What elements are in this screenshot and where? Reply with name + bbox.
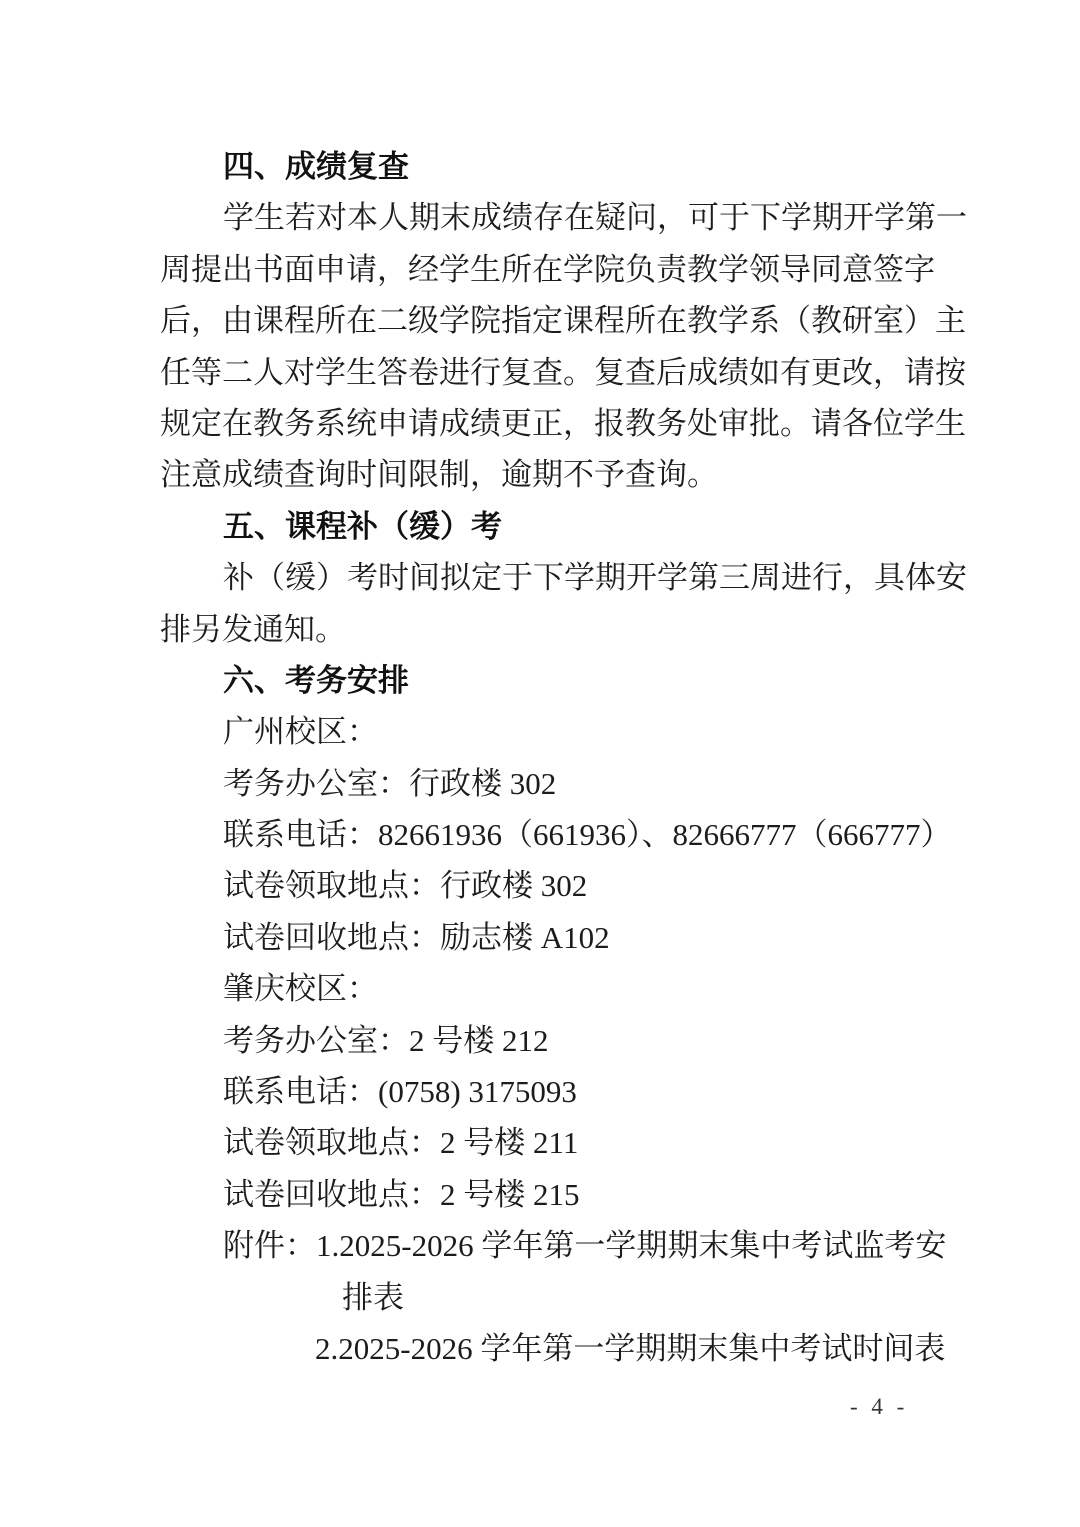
grade-review-line-6: 注意成绩查询时间限制，逾期不予查询。 — [160, 449, 960, 500]
guangzhou-paper-pickup: 试卷领取地点：行政楼 302 — [160, 860, 960, 911]
zhaoqing-paper-return: 试卷回收地点：2 号楼 215 — [160, 1169, 960, 1220]
guangzhou-campus-label: 广州校区： — [160, 706, 960, 757]
page-number: - 4 - — [850, 1394, 908, 1420]
grade-review-line-1: 学生若对本人期末成绩存在疑问，可于下学期开学第一 — [160, 192, 960, 243]
guangzhou-exam-office: 考务办公室：行政楼 302 — [160, 758, 960, 809]
zhaoqing-campus-label: 肇庆校区： — [160, 963, 960, 1014]
section-heading-exam-arrangement: 六、考务安排 — [160, 655, 960, 706]
grade-review-line-4: 任等二人对学生答卷进行复查。复查后成绩如有更改，请按 — [160, 347, 960, 398]
section-heading-grade-review: 四、成绩复查 — [160, 141, 960, 192]
zhaoqing-paper-pickup: 试卷领取地点：2 号楼 211 — [160, 1117, 960, 1168]
attachment-line-2: 2.2025-2026 学年第一学期期末集中考试时间表 — [160, 1323, 960, 1374]
guangzhou-phone: 联系电话：82661936（661936）、82666777（666777） — [160, 809, 960, 860]
attachment-line-1: 附件：1.2025-2026 学年第一学期期末集中考试监考安 — [160, 1220, 960, 1271]
grade-review-line-3: 后，由课程所在二级学院指定课程所在教学系（教研室）主 — [160, 295, 960, 346]
zhaoqing-phone: 联系电话：(0758) 3175093 — [160, 1066, 960, 1117]
zhaoqing-exam-office: 考务办公室：2 号楼 212 — [160, 1015, 960, 1066]
grade-review-line-5: 规定在教务系统申请成绩更正，报教务处审批。请各位学生 — [160, 398, 960, 449]
grade-review-line-2: 周提出书面申请，经学生所在学院负责教学领导同意签字 — [160, 244, 960, 295]
makeup-exam-line-2: 排另发通知。 — [160, 604, 960, 655]
attachment-line-1-continued: 排表 — [160, 1272, 960, 1323]
section-heading-makeup-exam: 五、课程补（缓）考 — [160, 501, 960, 552]
document-page: 四、成绩复查 学生若对本人期末成绩存在疑问，可于下学期开学第一 周提出书面申请，… — [160, 141, 960, 1374]
makeup-exam-line-1: 补（缓）考时间拟定于下学期开学第三周进行，具体安 — [160, 552, 960, 603]
guangzhou-paper-return: 试卷回收地点：励志楼 A102 — [160, 912, 960, 963]
